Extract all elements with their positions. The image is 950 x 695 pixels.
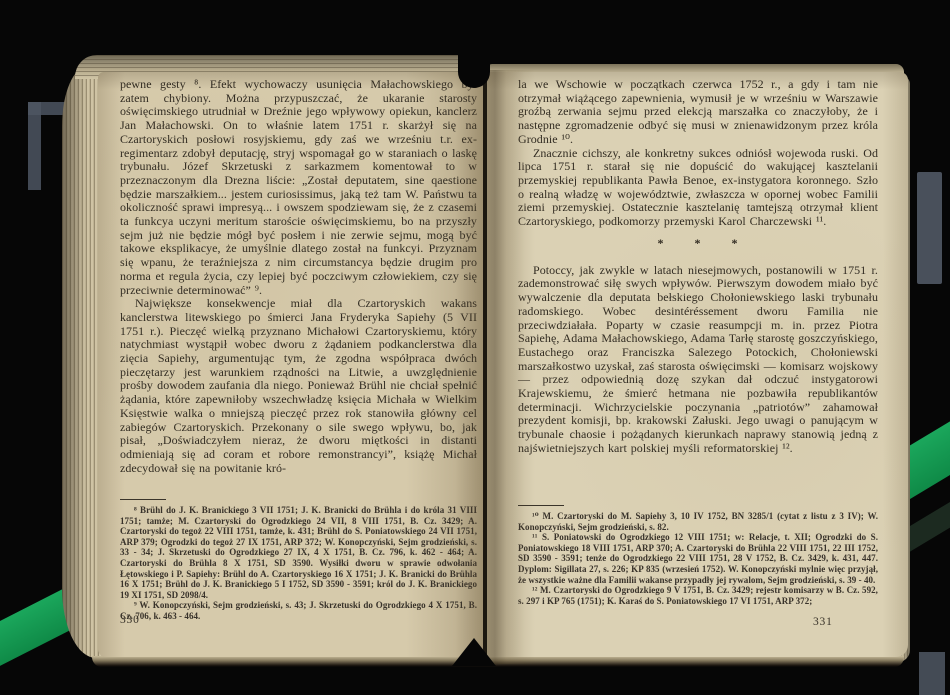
left-page: pewne gesty ⁸. Efekt wychowaczy usunięci… [98,72,483,657]
right-page: la we Wschowie w początkach czerwca 1752… [487,72,908,657]
footnote-rule [518,505,564,506]
footnote: ¹¹ S. Poniatowski do Ogrodzkiego 12 VIII… [518,532,878,585]
right-page-text-column: la we Wschowie w początkach czerwca 1752… [518,78,878,456]
book-photo-scene: pewne gesty ⁸. Efekt wychowaczy usunięci… [0,0,950,695]
paragraph: Znacznie cichszy, ale konkretny sukces o… [518,147,878,229]
paragraph: Największe konsekwencje miał dla Czartor… [120,297,477,475]
footnote: ¹⁰ M. Czartoryski do M. Sapiehy 3, 10 IV… [518,511,878,532]
page-number: 331 [813,616,833,628]
background-gray-bar [917,172,942,284]
open-book: pewne gesty ⁸. Efekt wychowaczy usunięci… [58,52,910,668]
background-gray-bar [28,102,41,190]
book-bottom-edge [92,656,904,667]
footnote: ⁸ Brühl do J. K. Branickiego 3 VII 1751;… [120,505,477,600]
footnote: ⁹ W. Konopczyński, Sejm grodzieński, s. … [120,600,477,621]
paragraph: pewne gesty ⁸. Efekt wychowaczy usunięci… [120,78,477,297]
footnote: ¹² M. Czartoryski do Ogrodzkiego 9 V 175… [518,585,878,606]
background-gray-bar [919,652,945,695]
left-page-text-column: pewne gesty ⁸. Efekt wychowaczy usunięci… [120,78,477,475]
section-separator: * * * [518,236,878,251]
footnote-rule [120,499,166,500]
paragraph: Potoccy, jak zwykle w latach niesejmowyc… [518,264,878,456]
gutter-top-notch [458,48,490,88]
right-page-footnotes: ¹⁰ M. Czartoryski do M. Sapiehy 3, 10 IV… [518,505,878,606]
paragraph: la we Wschowie w początkach czerwca 1752… [518,78,878,147]
page-number: 330 [120,614,140,626]
left-page-footnotes: ⁸ Brühl do J. K. Branickiego 3 VII 1751;… [120,499,477,622]
